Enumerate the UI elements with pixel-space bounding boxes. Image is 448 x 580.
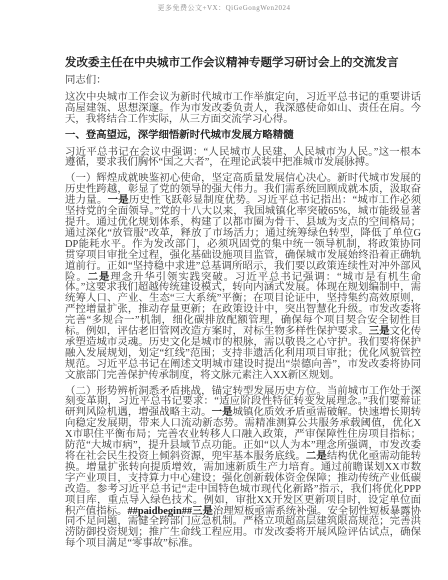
document-content: 发改委主任在中央城市工作会议精神专题学习研讨会上的交流发言 同志们： 这次中央城… — [65, 57, 421, 555]
paragraph: （一）辉煌成就映鉴初心使命，坚定高质量发展信心决心。新时代城市发展的历史性跨越，… — [65, 174, 421, 381]
paragraph: 习近平总书记在会议中强调：“人民城市人民建、人民城市为人民。”这一根本遵循，要求… — [65, 148, 421, 170]
bold-run: 二是 — [306, 451, 327, 462]
bold-run: 一是 — [108, 195, 129, 206]
bold-run: 三是 — [369, 326, 390, 337]
salutation: 同志们： — [65, 76, 421, 87]
bold-run: 一是 — [212, 407, 233, 418]
document-body: 这次中央城市工作会议为新时代城市工作举旗定向，习近平总书记的重要讲话高屋建瓴、思… — [65, 93, 421, 550]
section-heading: 一、登高望远，深学细悟新时代城市发展方略精髓 — [65, 131, 421, 142]
paragraph: 这次中央城市工作会议为新时代城市工作举旗定向，习近平总书记的重要讲话高屋建瓴、思… — [65, 93, 421, 126]
bold-run: 一、登高望远，深学细悟新时代城市发展方略精髓 — [65, 130, 294, 141]
bold-run: 二是 — [88, 272, 111, 283]
document-title: 发改委主任在中央城市工作会议精神专题学习研讨会上的交流发言 — [65, 57, 421, 70]
watermark-text: 更多免费公文+VX：QiGeGongWen2024 — [0, 3, 448, 13]
paragraph: （二）形势辨析洞悉矛盾挑战，锚定转型发展历史方位。当前城市工作处于深刻变革期，习… — [65, 387, 421, 551]
document-page: { "watermark": "更多免费公文+VX：QiGeGongWen202… — [0, 0, 448, 580]
text-run: 这次中央城市工作会议为新时代城市工作举旗定向，习近平总书记的重要讲话高屋建瓴、思… — [65, 92, 421, 125]
text-run: 习近平总书记在会议中强调：“人民城市人民建、人民城市为人民。”这一根本遵循，要求… — [65, 147, 421, 169]
text-run: 历史性飞跃彰显制度优势。习近平总书记指出：“城市工作必须坚持党的全面领导。”党的… — [65, 195, 421, 282]
text-run: 理念升华引领实践突破。习近平总书记强调：“城市是有机生命体。”这要求我们超越传统… — [65, 272, 421, 338]
bold-run: ##paidbegin##三是 — [127, 506, 213, 517]
